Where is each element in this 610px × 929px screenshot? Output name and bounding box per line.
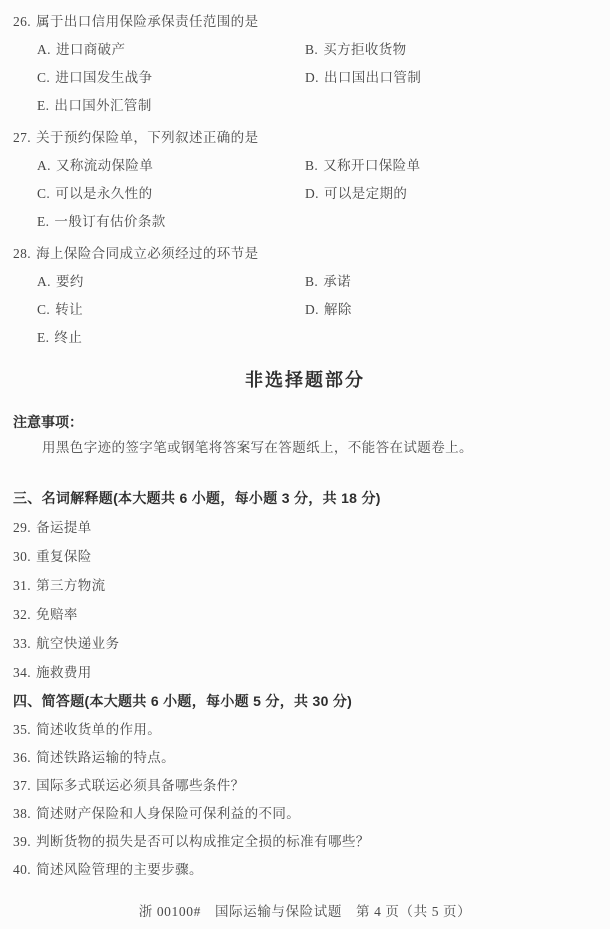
option-a: A.又称流动保险单 xyxy=(37,152,153,180)
section-title: 非选择题部分 xyxy=(0,366,610,394)
option-label: C. xyxy=(37,186,50,201)
option-text: 解除 xyxy=(324,302,352,317)
option-c: C.进口国发生战争 xyxy=(37,64,153,92)
option-row: E.出口国外汇管制 xyxy=(0,92,610,120)
option-b: B.买方拒收货物 xyxy=(305,36,407,64)
option-label: A. xyxy=(37,274,51,289)
option-e: E.终止 xyxy=(37,324,82,352)
option-text: 进口商破产 xyxy=(56,42,126,57)
exam-page: 26.属于出口信用保险承保责任范围的是 A.进口商破产 B.买方拒收货物 C.进… xyxy=(0,0,610,929)
question-number: 32. xyxy=(13,607,31,622)
option-text: 可以是定期的 xyxy=(324,186,407,201)
question-number: 27. xyxy=(13,130,31,145)
question-30: 30.重复保险 xyxy=(0,542,610,571)
option-row: A.又称流动保险单 B.又称开口保险单 xyxy=(0,152,610,180)
option-e: E.出口国外汇管制 xyxy=(37,92,152,120)
question-number: 31. xyxy=(13,578,31,593)
question-number: 34. xyxy=(13,665,31,680)
question-number: 30. xyxy=(13,549,31,564)
option-text: 又称流动保险单 xyxy=(56,158,153,173)
question-text: 海上保险合同成立必须经过的环节是 xyxy=(36,246,258,261)
question-text: 免赔率 xyxy=(36,607,78,622)
question-stem: 26.属于出口信用保险承保责任范围的是 xyxy=(0,8,610,36)
option-label: A. xyxy=(37,158,51,173)
question-26: 26.属于出口信用保险承保责任范围的是 A.进口商破产 B.买方拒收货物 C.进… xyxy=(0,8,610,120)
option-text: 出口国出口管制 xyxy=(324,70,421,85)
option-text: 出口国外汇管制 xyxy=(54,98,151,113)
question-33: 33.航空快递业务 xyxy=(0,629,610,658)
question-34: 34.施救费用 xyxy=(0,658,610,687)
option-label: A. xyxy=(37,42,51,57)
question-text: 航空快递业务 xyxy=(36,636,119,651)
option-label: D. xyxy=(305,302,319,317)
question-text: 简述收货单的作用。 xyxy=(36,722,161,737)
question-text: 简述铁路运输的特点。 xyxy=(36,750,175,765)
option-row: A.要约 B.承诺 xyxy=(0,268,610,296)
question-36: 36.简述铁路运输的特点。 xyxy=(0,744,610,772)
option-label: B. xyxy=(305,274,318,289)
option-label: C. xyxy=(37,70,50,85)
option-label: E. xyxy=(37,214,49,229)
question-text: 备运提单 xyxy=(36,520,92,535)
question-text: 关于预约保险单，下列叙述正确的是 xyxy=(36,130,258,145)
option-c: C.转让 xyxy=(37,296,83,324)
question-number: 29. xyxy=(13,520,31,535)
section-four-heading: 四、简答题(本大题共 6 小题，每小题 5 分，共 30 分) xyxy=(0,687,610,716)
question-number: 40. xyxy=(13,862,31,877)
question-text: 国际多式联运必须具备哪些条件？ xyxy=(36,778,245,793)
option-row: E.一般订有估价条款 xyxy=(0,208,610,236)
question-32: 32.免赔率 xyxy=(0,600,610,629)
option-label: B. xyxy=(305,42,318,57)
question-number: 37. xyxy=(13,778,31,793)
question-text: 判断货物的损失是否可以构成推定全损的标准有哪些？ xyxy=(36,834,370,849)
question-number: 33. xyxy=(13,636,31,651)
option-text: 买方拒收货物 xyxy=(323,42,406,57)
question-31: 31.第三方物流 xyxy=(0,571,610,600)
option-label: E. xyxy=(37,330,49,345)
option-label: B. xyxy=(305,158,318,173)
question-40: 40.简述风险管理的主要步骤。 xyxy=(0,856,610,884)
question-number: 28. xyxy=(13,246,31,261)
question-text: 属于出口信用保险承保责任范围的是 xyxy=(36,14,258,29)
option-row: C.转让 D.解除 xyxy=(0,296,610,324)
question-text: 第三方物流 xyxy=(36,578,106,593)
option-b: B.承诺 xyxy=(305,268,351,296)
question-text: 简述财产保险和人身保险可保利益的不同。 xyxy=(36,806,300,821)
option-a: A.要约 xyxy=(37,268,84,296)
option-d: D.出口国出口管制 xyxy=(305,64,421,92)
option-row: E.终止 xyxy=(0,324,610,352)
option-text: 承诺 xyxy=(323,274,351,289)
notice-text: 用黑色字迹的签字笔或钢笔将答案写在答题纸上，不能答在试题卷上。 xyxy=(0,436,610,460)
option-row: C.进口国发生战争 D.出口国出口管制 xyxy=(0,64,610,92)
option-text: 终止 xyxy=(54,330,82,345)
question-38: 38.简述财产保险和人身保险可保利益的不同。 xyxy=(0,800,610,828)
question-number: 35. xyxy=(13,722,31,737)
question-text: 重复保险 xyxy=(36,549,92,564)
option-row: A.进口商破产 B.买方拒收货物 xyxy=(0,36,610,64)
option-text: 又称开口保险单 xyxy=(323,158,420,173)
question-27: 27.关于预约保险单，下列叙述正确的是 A.又称流动保险单 B.又称开口保险单 … xyxy=(0,124,610,236)
option-label: E. xyxy=(37,98,49,113)
option-row: C.可以是永久性的 D.可以是定期的 xyxy=(0,180,610,208)
page-footer: 浙 00100# 国际运输与保险试题 第 4 页（共 5 页） xyxy=(0,900,610,924)
option-c: C.可以是永久性的 xyxy=(37,180,153,208)
option-label: D. xyxy=(305,70,319,85)
question-text: 施救费用 xyxy=(36,665,92,680)
question-39: 39.判断货物的损失是否可以构成推定全损的标准有哪些？ xyxy=(0,828,610,856)
option-text: 一般订有估价条款 xyxy=(54,214,165,229)
question-number: 36. xyxy=(13,750,31,765)
option-b: B.又称开口保险单 xyxy=(305,152,421,180)
question-35: 35.简述收货单的作用。 xyxy=(0,716,610,744)
question-37: 37.国际多式联运必须具备哪些条件？ xyxy=(0,772,610,800)
option-label: D. xyxy=(305,186,319,201)
option-label: C. xyxy=(37,302,50,317)
option-text: 进口国发生战争 xyxy=(55,70,152,85)
option-text: 可以是永久性的 xyxy=(55,186,152,201)
option-text: 要约 xyxy=(56,274,84,289)
question-number: 26. xyxy=(13,14,31,29)
question-stem: 27.关于预约保险单，下列叙述正确的是 xyxy=(0,124,610,152)
notice-heading: 注意事项： xyxy=(0,410,610,434)
question-29: 29.备运提单 xyxy=(0,513,610,542)
section-three-heading: 三、名词解释题(本大题共 6 小题，每小题 3 分，共 18 分) xyxy=(0,484,610,513)
option-d: D.解除 xyxy=(305,296,352,324)
option-a: A.进口商破产 xyxy=(37,36,125,64)
option-e: E.一般订有估价条款 xyxy=(37,208,166,236)
option-text: 转让 xyxy=(55,302,83,317)
question-stem: 28.海上保险合同成立必须经过的环节是 xyxy=(0,240,610,268)
question-28: 28.海上保险合同成立必须经过的环节是 A.要约 B.承诺 C.转让 D.解除 … xyxy=(0,240,610,352)
question-text: 简述风险管理的主要步骤。 xyxy=(36,862,203,877)
option-d: D.可以是定期的 xyxy=(305,180,407,208)
question-number: 39. xyxy=(13,834,31,849)
question-number: 38. xyxy=(13,806,31,821)
